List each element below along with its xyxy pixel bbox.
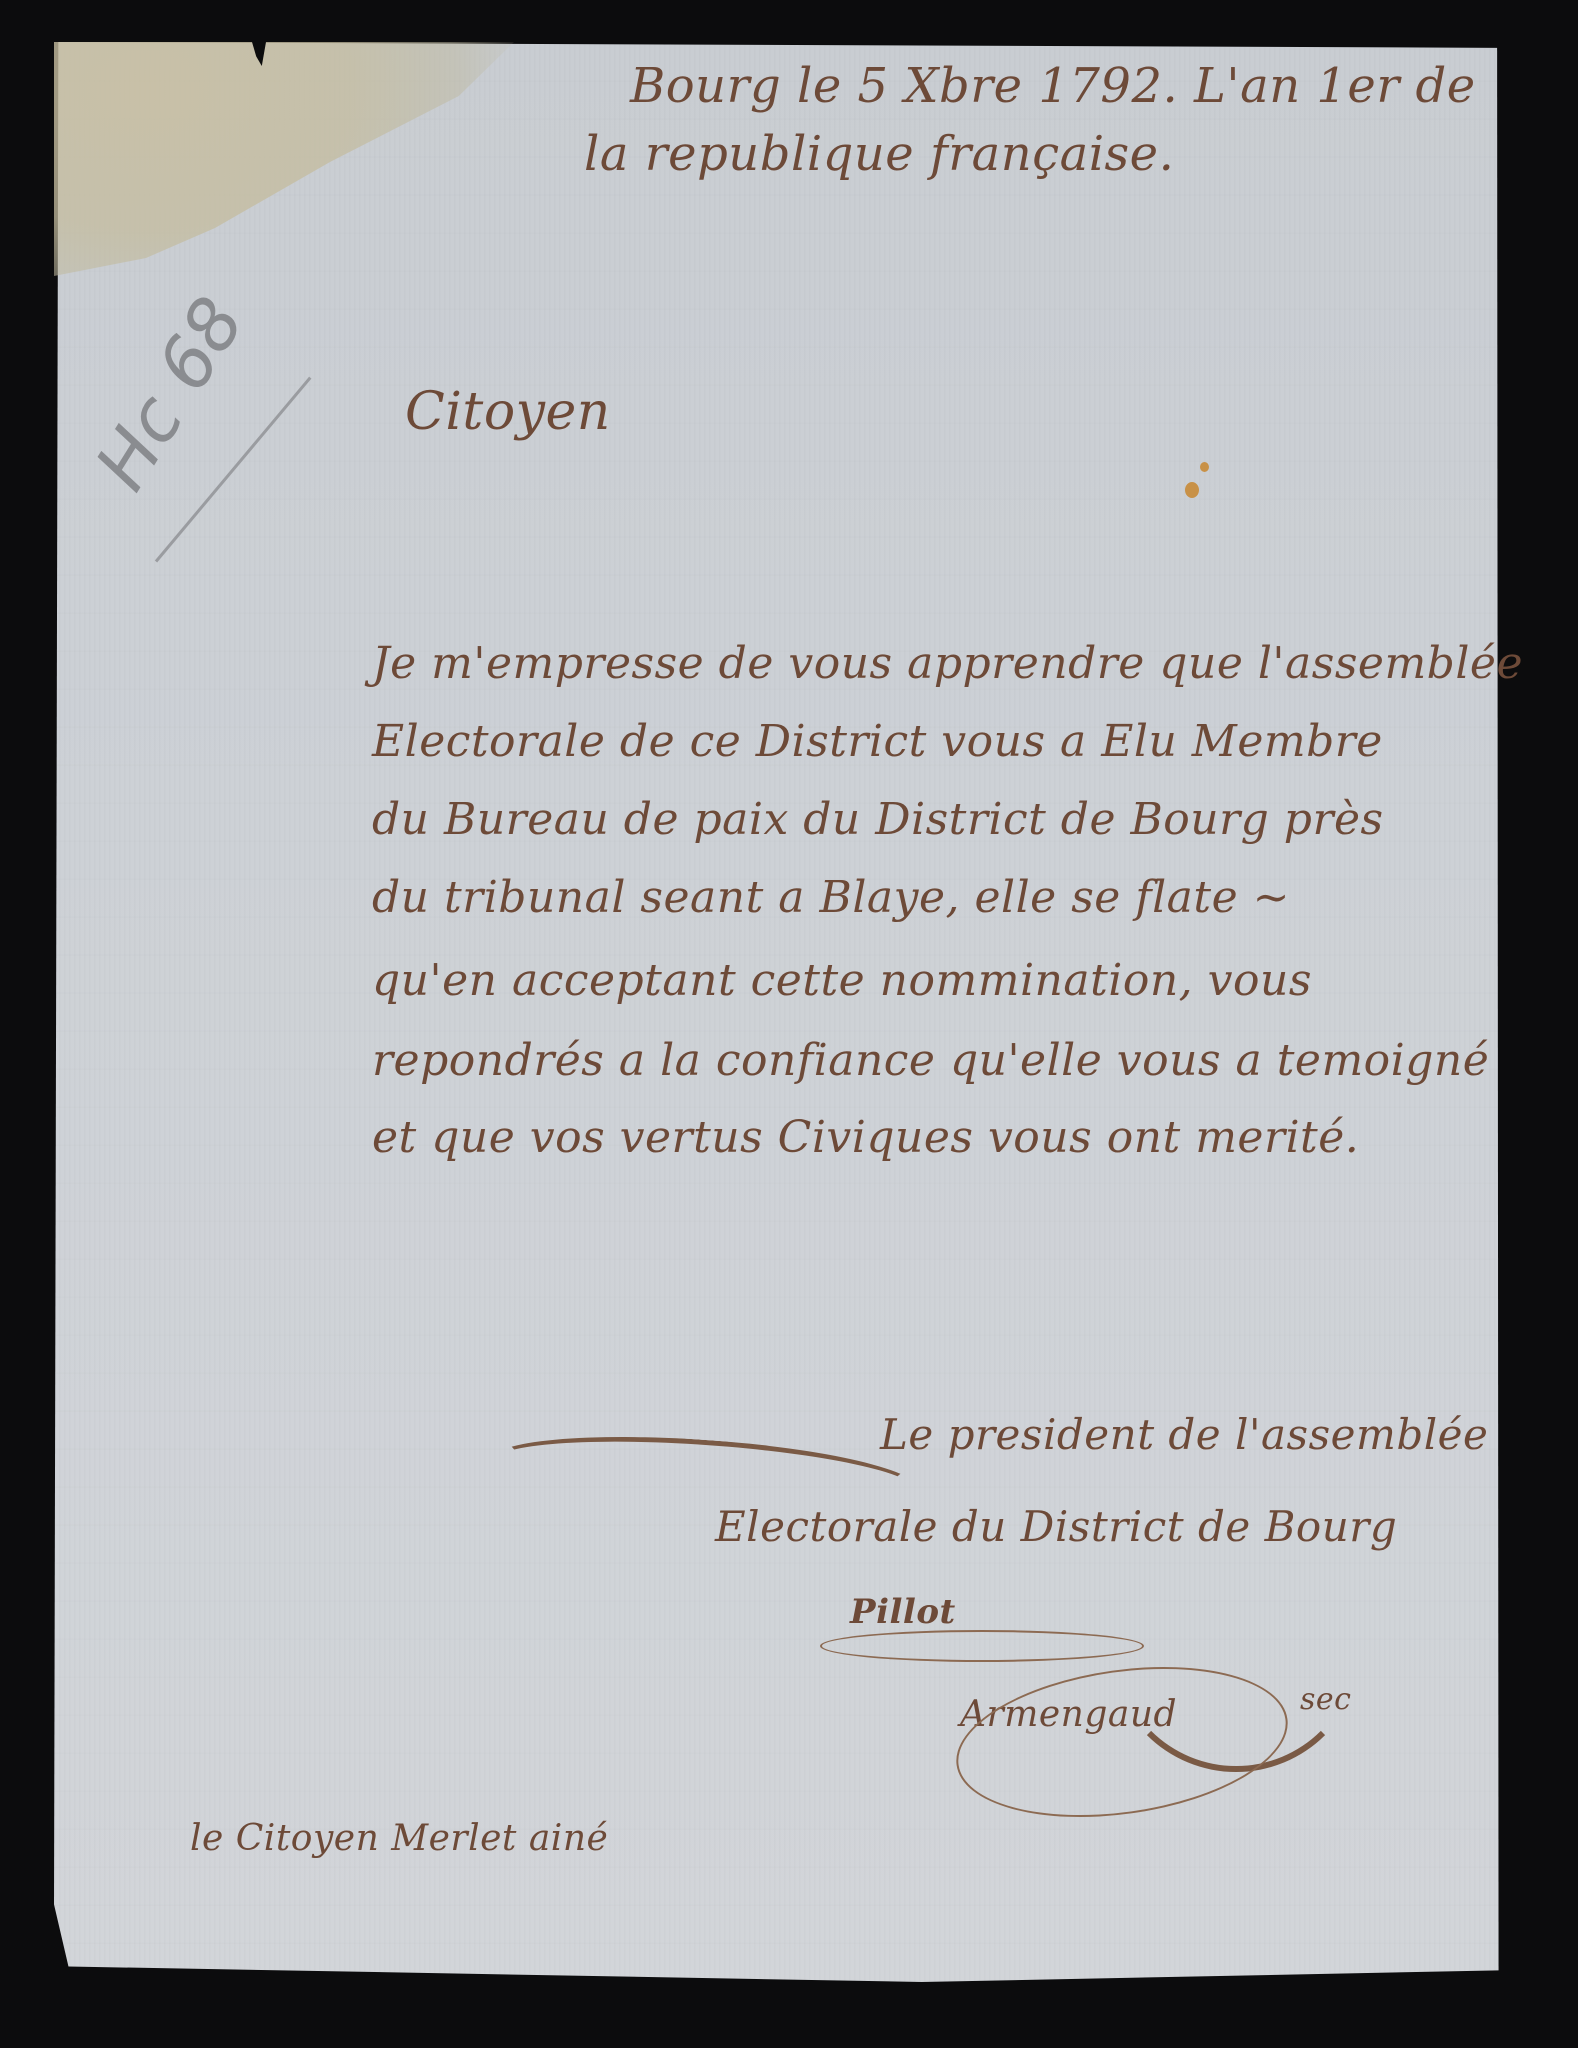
salutation: Citoyen <box>405 382 611 442</box>
signature-president: Pillot <box>850 1592 956 1632</box>
signature-title-line-1: Le president de l'assemblée <box>880 1410 1488 1459</box>
body-line: Electorale de ce District vous a Elu Mem… <box>372 716 1383 767</box>
signature-paraph <box>820 1630 1144 1662</box>
letter-date-line: Bourg le 5 Xbre 1792. L'an 1er de <box>630 58 1476 114</box>
rust-spot <box>1185 482 1199 498</box>
body-line: du Bureau de paix du District de Bourg p… <box>372 794 1384 845</box>
body-line: et que vos vertus Civiques vous ont meri… <box>372 1112 1359 1163</box>
body-line: repondrés a la confiance qu'elle vous a … <box>372 1035 1489 1086</box>
letter-date-line-2: la republique française. <box>584 126 1174 182</box>
body-line: du tribunal seant a Blaye, elle se flate… <box>372 872 1290 923</box>
body-line: qu'en acceptant cette nommination, vous <box>372 955 1312 1006</box>
recipient-line: le Citoyen Merlet ainé <box>190 1818 608 1859</box>
body-line: Je m'empresse de vous apprendre que l'as… <box>372 638 1523 689</box>
rust-spot <box>1200 462 1209 472</box>
signature-secretary-abbr: sec <box>1300 1682 1351 1717</box>
